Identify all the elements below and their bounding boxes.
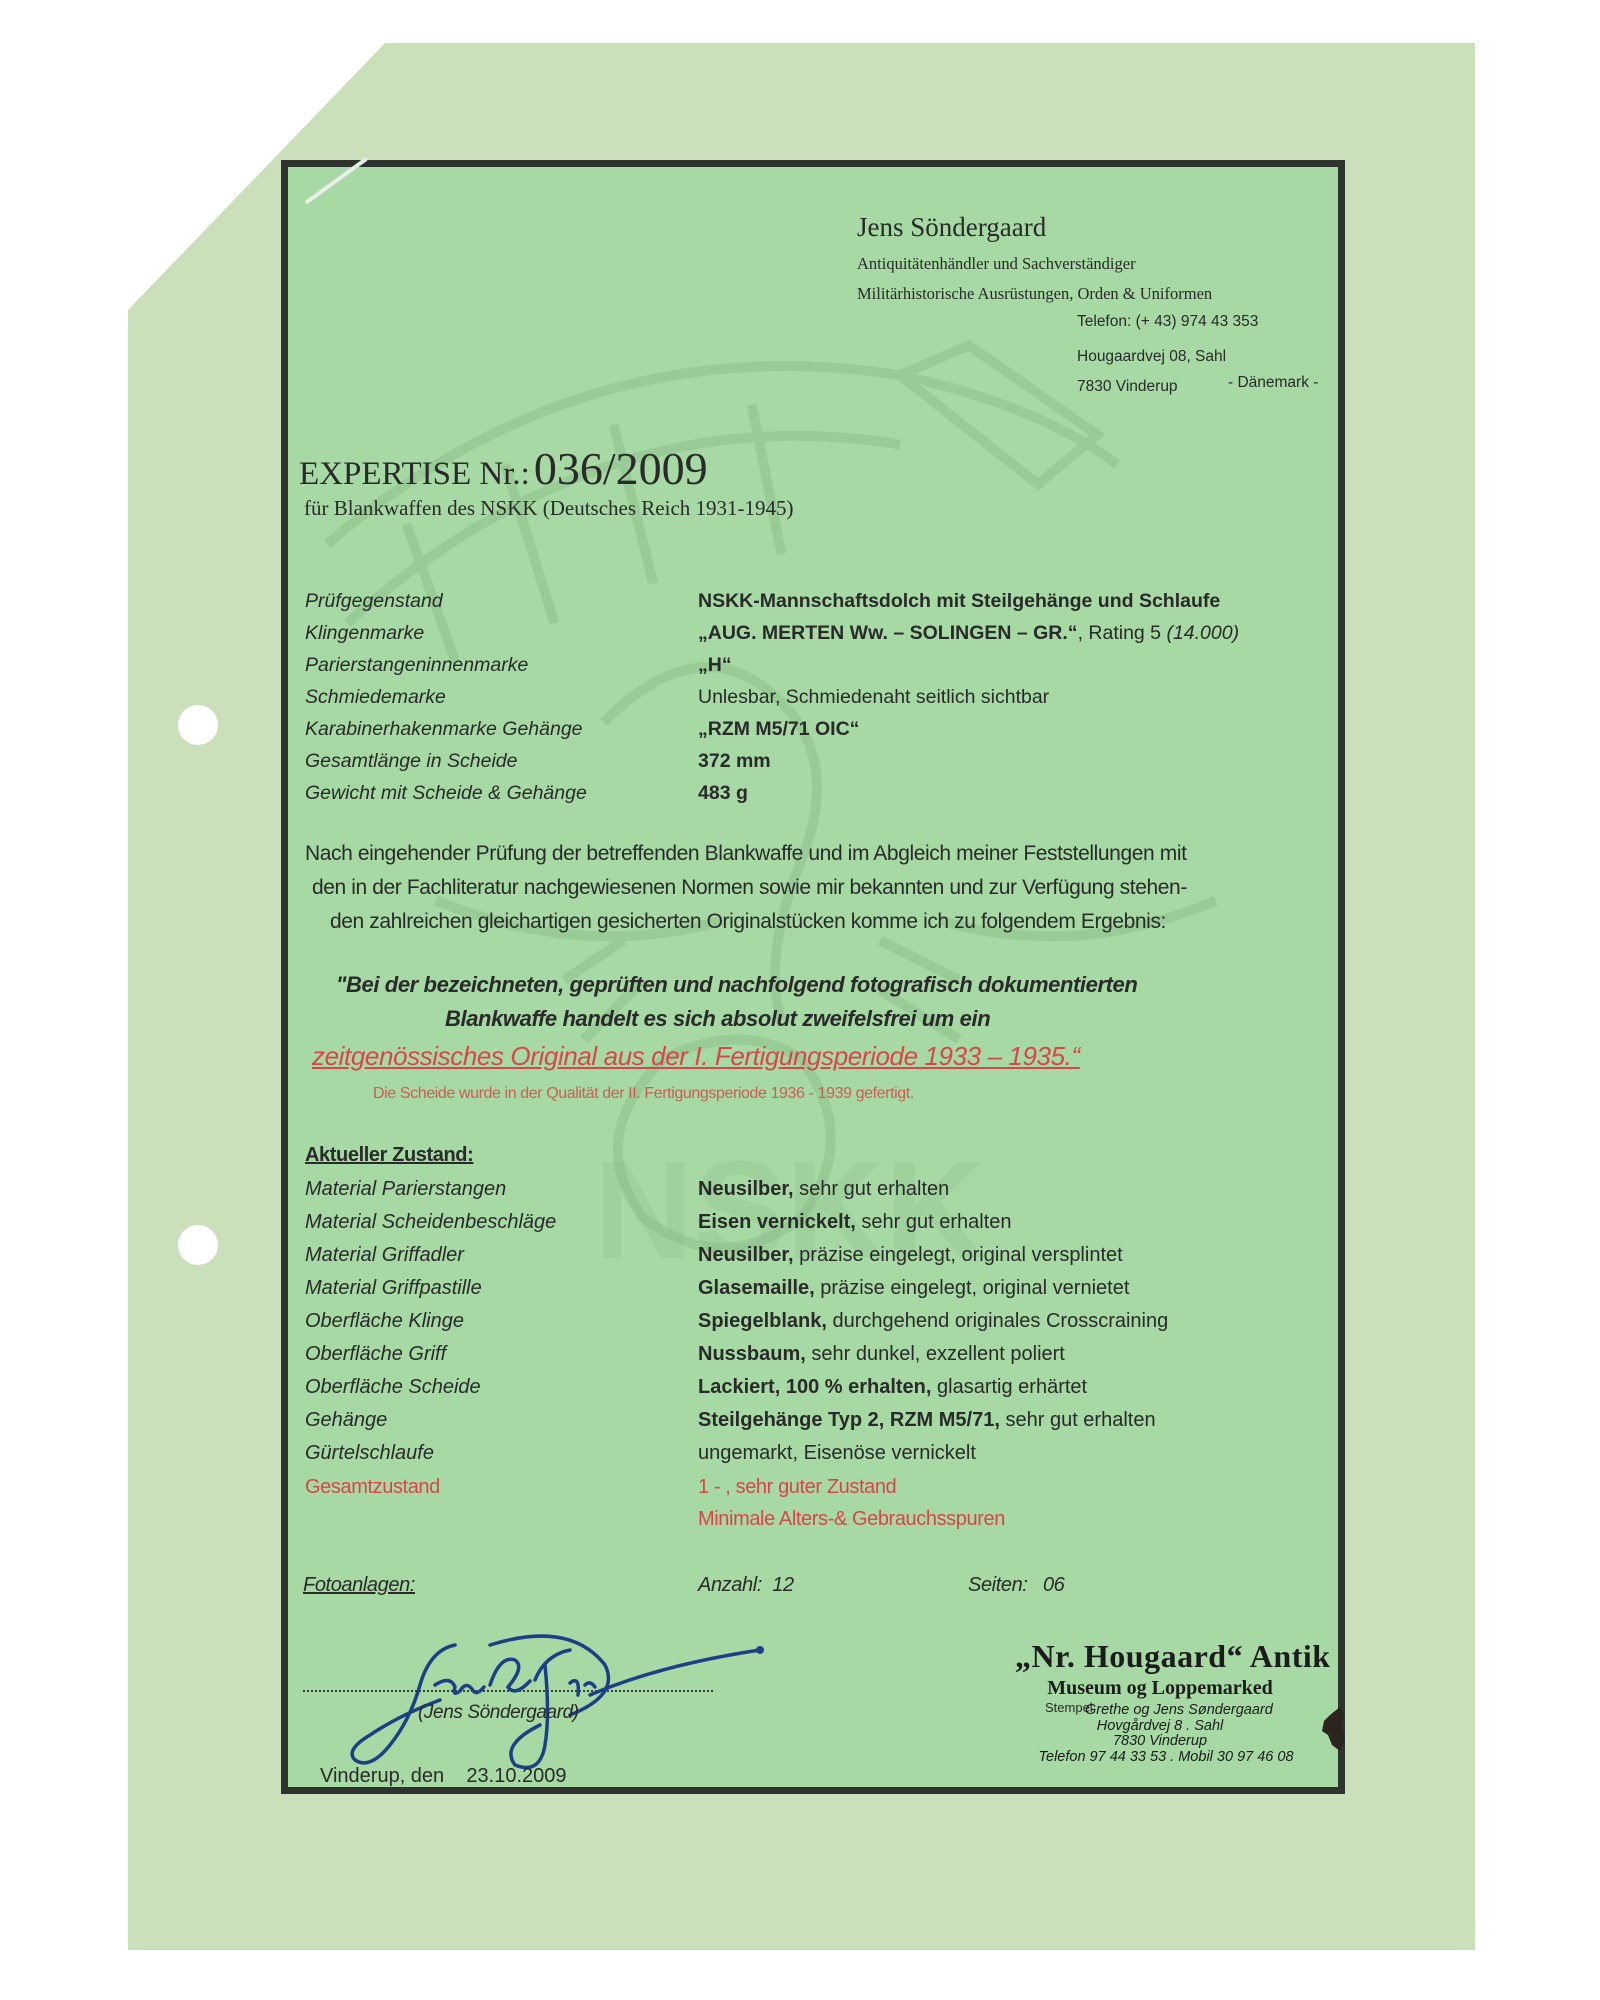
- condition-value-bold: Neusilber,: [698, 1244, 794, 1266]
- photos-pages: Seiten: 06: [968, 1574, 1064, 1597]
- signature-date: 23.10.2009: [466, 1765, 566, 1787]
- condition-label: Material Parierstangen: [305, 1178, 506, 1201]
- denmark-map-icon: [1318, 1705, 1346, 1753]
- condition-label: Oberfläche Scheide: [305, 1376, 481, 1399]
- verdict-line-2: Blankwaffe handelt es sich absolut zweif…: [445, 1006, 990, 1032]
- stamp-street: Hovgårdvej 8 . Sahl: [1005, 1718, 1315, 1734]
- condition-value-text: sehr dunkel, exzellent poliert: [806, 1343, 1065, 1365]
- photos-pages-label: Seiten:: [968, 1574, 1027, 1596]
- letterhead-phone: Telefon: (+ 43) 974 43 353: [1077, 313, 1258, 331]
- photos-count: Anzahl: 12: [698, 1574, 794, 1597]
- place-label: Vinderup, den: [320, 1765, 444, 1787]
- detail-label: Gesamtlänge in Scheide: [305, 750, 517, 773]
- detail-value-bold: 372 mm: [698, 750, 771, 772]
- condition-label: Oberfläche Griff: [305, 1343, 446, 1366]
- condition-value-text: sehr gut erhalten: [794, 1178, 950, 1200]
- condition-value-bold: Lackiert, 100 % erhalten,: [698, 1376, 931, 1398]
- detail-value-italic: (14.000): [1166, 622, 1239, 644]
- condition-value-bold: Glasemaille,: [698, 1277, 815, 1299]
- stamp-title: „Nr. Hougaard“ Antik: [1015, 1638, 1355, 1675]
- detail-value-bold: „AUG. MERTEN Ww. – SOLINGEN – GR.“: [698, 622, 1078, 644]
- detail-label: Schmiedemarke: [305, 686, 446, 709]
- detail-label: Karabinerhakenmarke Gehänge: [305, 718, 583, 741]
- condition-label: Material Scheidenbeschläge: [305, 1211, 556, 1234]
- condition-value: Eisen vernickelt, sehr gut erhalten: [698, 1211, 1012, 1234]
- stamp-owners: Grethe og Jens Søndergaard: [1085, 1702, 1273, 1718]
- detail-value-text: , Rating 5: [1078, 622, 1167, 644]
- overall-condition-value-2: Minimale Alters-& Gebrauchsspuren: [698, 1508, 1005, 1531]
- detail-value: NSKK-Mannschaftsdolch mit Steilgehänge u…: [698, 590, 1220, 613]
- photos-pages-value: 06: [1043, 1574, 1064, 1596]
- punch-hole-top: [178, 705, 218, 745]
- detail-label: Gewicht mit Scheide & Gehänge: [305, 782, 587, 805]
- condition-label: Material Griffadler: [305, 1244, 464, 1267]
- condition-value-text: präzise eingelegt, original vernietet: [815, 1277, 1130, 1299]
- detail-value: 483 g: [698, 782, 748, 805]
- intro-line-3: den zahlreichen gleichartigen gesicherte…: [330, 910, 1166, 934]
- condition-value: ungemarkt, Eisenöse vernickelt: [698, 1442, 976, 1465]
- shop-stamp: „Nr. Hougaard“ Antik Museum og Loppemark…: [1005, 1638, 1355, 1766]
- condition-value: Neusilber, sehr gut erhalten: [698, 1178, 949, 1201]
- condition-value-text: präzise eingelegt, original versplintet: [794, 1244, 1123, 1266]
- detail-value: „AUG. MERTEN Ww. – SOLINGEN – GR.“, Rati…: [698, 622, 1239, 645]
- condition-value-bold: Neusilber,: [698, 1178, 794, 1200]
- detail-value-bold: „H“: [698, 654, 732, 676]
- detail-value-bold: NSKK-Mannschaftsdolch mit Steilgehänge u…: [698, 590, 1220, 612]
- condition-value-bold: Nussbaum,: [698, 1343, 806, 1365]
- condition-value-text: sehr gut erhalten: [1000, 1409, 1156, 1431]
- condition-value: Glasemaille, präzise eingelegt, original…: [698, 1277, 1129, 1300]
- letterhead-line1: Antiquitätenhändler und Sachverständiger: [857, 254, 1136, 274]
- detail-value: 372 mm: [698, 750, 771, 773]
- verdict-line-3: zeitgenössisches Original aus der I. Fer…: [312, 1041, 1080, 1072]
- condition-value-bold: Eisen vernickelt,: [698, 1211, 856, 1233]
- verdict-note: Die Scheide wurde in der Qualität der II…: [373, 1085, 914, 1103]
- stamp-phone: Telefon 97 44 33 53 . Mobil 30 97 46 08: [1005, 1749, 1327, 1766]
- condition-label: Gürtelschlaufe: [305, 1442, 434, 1465]
- detail-value: „H“: [698, 654, 732, 677]
- detail-value: Unlesbar, Schmiedenaht seitlich sichtbar: [698, 686, 1049, 709]
- expertise-prefix: EXPERTISE Nr.:: [299, 456, 530, 492]
- detail-label: Parierstangeninnenmarke: [305, 654, 528, 677]
- condition-value: Neusilber, präzise eingelegt, original v…: [698, 1244, 1123, 1267]
- condition-value-text: sehr gut erhalten: [856, 1211, 1012, 1233]
- condition-value: Nussbaum, sehr dunkel, exzellent poliert: [698, 1343, 1065, 1366]
- detail-value-bold: „RZM M5/71 OIC“: [698, 718, 859, 740]
- letterhead-street: Hougaardvej 08, Sahl: [1077, 348, 1226, 366]
- stamp-city: 7830 Vinderup: [1005, 1734, 1315, 1749]
- place-date: Vinderup, den 23.10.2009: [320, 1765, 567, 1788]
- overall-condition-label: Gesamtzustand: [305, 1476, 440, 1499]
- condition-value: Lackiert, 100 % erhalten, glasartig erhä…: [698, 1376, 1087, 1399]
- expertise-title: EXPERTISE Nr.: 036/2009: [299, 442, 708, 495]
- punch-hole-bottom: [178, 1225, 218, 1265]
- condition-value-text: glasartig erhärtet: [931, 1376, 1087, 1398]
- signer-name: (Jens Söndergaard): [418, 1702, 579, 1724]
- letterhead-name: Jens Söndergaard: [857, 212, 1046, 243]
- condition-label: Oberfläche Klinge: [305, 1310, 464, 1333]
- intro-line-2: den in der Fachliteratur nachgewiesenen …: [312, 876, 1187, 900]
- photos-count-label: Anzahl:: [698, 1574, 762, 1596]
- letterhead-city: 7830 Vinderup: [1077, 378, 1178, 396]
- letterhead-country: - Dänemark -: [1228, 374, 1318, 392]
- condition-value-bold: Spiegelblank,: [698, 1310, 827, 1332]
- condition-label: Material Griffpastille: [305, 1277, 482, 1300]
- expertise-number: 036/2009: [534, 443, 708, 494]
- expertise-subtitle: für Blankwaffen des NSKK (Deutsches Reic…: [304, 496, 794, 521]
- condition-value-bold: Steilgehänge Typ 2, RZM M5/71,: [698, 1409, 1000, 1431]
- condition-heading: Aktueller Zustand:: [305, 1144, 473, 1167]
- detail-value-bold: 483 g: [698, 782, 748, 804]
- condition-label: Gehänge: [305, 1409, 387, 1432]
- condition-value: Steilgehänge Typ 2, RZM M5/71, sehr gut …: [698, 1409, 1156, 1432]
- photos-label: Fotoanlagen:: [303, 1574, 415, 1597]
- verdict-line-1: "Bei der bezeichneten, geprüften und nac…: [336, 972, 1137, 998]
- overall-condition-value-1: 1 - , sehr guter Zustand: [698, 1476, 896, 1499]
- condition-value-text: ungemarkt, Eisenöse vernickelt: [698, 1442, 976, 1464]
- intro-line-1: Nach eingehender Prüfung der betreffende…: [305, 842, 1187, 866]
- stamp-subtitle: Museum og Loppemarked: [1005, 1677, 1315, 1700]
- detail-label: Klingenmarke: [305, 622, 424, 645]
- letterhead-line2: Militärhistorische Ausrüstungen, Orden &…: [857, 284, 1212, 304]
- condition-value-text: durchgehend originales Crosscraining: [827, 1310, 1168, 1332]
- detail-value-text: Unlesbar, Schmiedenaht seitlich sichtbar: [698, 686, 1049, 708]
- condition-value: Spiegelblank, durchgehend originales Cro…: [698, 1310, 1168, 1333]
- photos-count-value: 12: [772, 1574, 793, 1596]
- detail-value: „RZM M5/71 OIC“: [698, 718, 859, 741]
- detail-label: Prüfgegenstand: [305, 590, 443, 613]
